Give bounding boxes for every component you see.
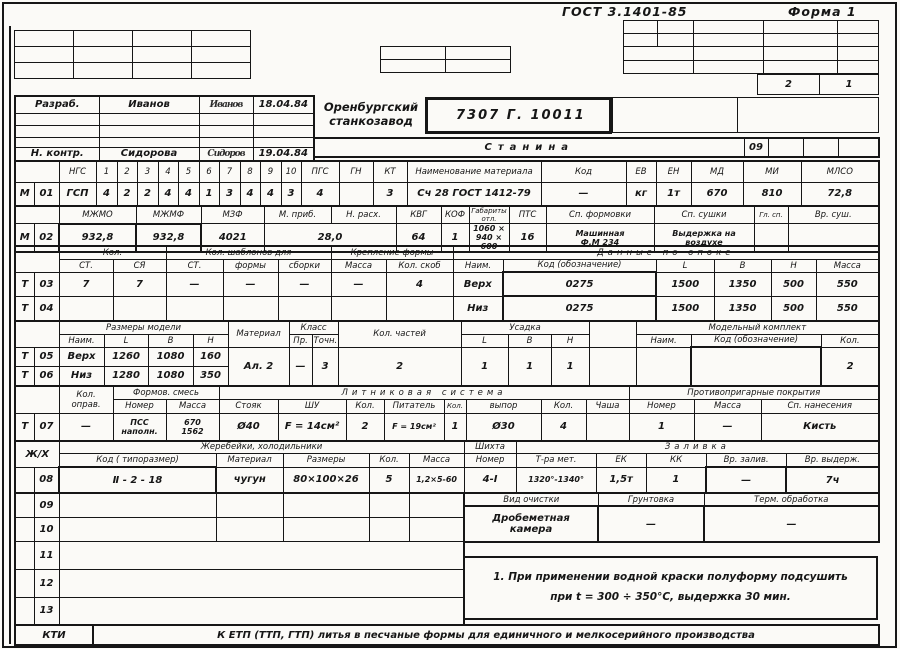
empty-cell [15,321,59,347]
header-digit: 1 [96,161,117,182]
empty-cell [15,161,59,182]
norm-control-name: Сидорова [99,147,199,161]
empty-cell [199,137,253,147]
row-label-number: 03 [34,272,59,296]
sub-naim: Наим. [453,259,503,272]
band-zh-h: Ж/Х Жеребейки, холодильники Шихта Заливк… [14,440,880,494]
value-gruntovka: — [598,506,704,542]
empty-cell [59,296,113,321]
value-digit: 4 [240,182,260,206]
header-digit: 2 [117,161,137,182]
value-cell: — [166,272,223,296]
empty-cell [15,386,59,413]
value-pitatel: F = 19см² [384,413,444,441]
sub-pokr-massa: Масса [694,399,761,413]
opoka-h: 500 [771,272,816,296]
empty-cell [74,31,133,47]
empty-cell [283,517,369,541]
sub-b: B [148,334,193,347]
empty-cell [199,125,253,137]
sub-nomer: Номер [113,399,166,413]
part-name-row: Станина 09 [313,137,880,158]
header-sp-formovki: Сп. формовки [546,206,654,224]
band-t07: Кол. оправ. Формов. смесь Литниковая сис… [14,385,880,442]
opoka-h: 500 [771,296,816,321]
header-m-prib: М. приб. [264,206,331,224]
value-cell: 7 [59,272,113,296]
model-h: 160 [193,347,228,366]
value-cell: — [223,272,278,296]
band-t05-t06: Размеры модели Материал Класс Кол. часте… [14,320,880,387]
empty-cell [409,517,464,541]
value-pokr-massa: — [694,413,761,441]
norm-control-date: 19.04.84 [253,147,314,161]
norm-control-signature: Сидоров [199,147,253,161]
sub-naim: Наим. [59,334,104,347]
header-kof: КОФ [441,206,469,224]
empty-cell [15,47,74,63]
sub-ek: ЕК [596,453,646,467]
empty-cell [59,541,464,569]
row-label-letter: Т [15,296,34,321]
sub-shu: ШУ [278,399,346,413]
footer-kti: КТИ [15,625,93,645]
group-opoka: Данные по опоке [453,246,879,259]
sub-massa: Масса [331,259,386,272]
empty-cell [74,63,133,79]
empty-cell [838,61,879,74]
sub-massa: Масса [409,453,464,467]
empty-cell [253,125,314,137]
sub-h: Н [771,259,816,272]
empty-cell [764,34,838,47]
header-vr-sush: Вр. суш. [788,206,879,224]
header-sp-sushki: Сп. сушки [654,206,754,224]
norm-control-role-label: Н. контр. [15,147,99,161]
value-chasha [586,413,629,441]
empty-cell [381,47,446,60]
group-zalivka: Заливка [516,441,879,453]
band-rows-09-13: 09 10 11 12 13 [14,492,465,626]
empty-cell [192,63,251,79]
value-pr: — [289,347,312,386]
developer-name: Иванов [99,96,199,113]
value-gn [339,182,373,206]
header-digit: 4 [158,161,178,182]
row-label-number: 05 [34,347,59,366]
sub-sp-naneseniya: Сп. нанесения [761,399,879,413]
empty-cell [624,61,694,74]
sub-razmery: Размеры [283,453,369,467]
value-cell: 4 [386,272,453,296]
sub-mk-kol: Кол. [821,334,879,347]
empty-cell [253,113,314,125]
sub-massa2: Масса [816,259,879,272]
empty-cell [589,321,636,347]
group-litnikovaya: Литниковая система [219,386,629,399]
sub-vr-zaliv: Вр. залив. [706,453,786,467]
value-digit: 3 [219,182,240,206]
row-label-number: 06 [34,366,59,386]
empty-cell [768,138,803,157]
model-b: 1080 [148,347,193,366]
opoka-naim: Низ [453,296,503,321]
value-digit: 3 [281,182,301,206]
header-mlso: МЛСО [801,161,879,182]
value-shihta-nomer: 4-I [464,467,516,493]
opoka-naim: Верх [453,272,503,296]
header-digit: 6 [199,161,219,182]
empty-cell [59,493,216,517]
value-vr-zaliv: — [706,467,786,493]
top-left-grid [14,30,251,79]
row-label-zh-h: Ж/Х [15,441,59,467]
empty-cell [192,31,251,47]
footer-description: К ЕТП (ТТП, ГТП) литья в песчаные формы … [93,625,879,645]
empty-cell [166,296,223,321]
row-label-letter: Т [15,413,34,441]
value-term-obrabotka: — [704,506,879,542]
empty-cell [838,21,879,34]
value-digit: 2 [137,182,158,206]
doc-number-side-cells [612,97,879,133]
sub-vypor: выпор [466,399,541,413]
row-label-letter: М [15,182,34,206]
empty-cell [15,597,34,625]
sub-b: B [714,259,771,272]
value-material: Ал. 2 [228,347,289,386]
empty-cell [409,493,464,517]
empty-cell [133,47,192,63]
row-label-number: 09 [34,493,59,517]
sub-kod-tiporazmer: Код ( типоразмер) [59,453,216,467]
sheet-counter: 2 1 [757,74,879,95]
value-kol3: 4 [541,413,586,441]
footer-row: КТИ К ЕТП (ТТП, ГТП) литья в песчаные фо… [14,624,880,646]
group-klass: Класс [289,321,338,334]
empty-cell [658,34,694,47]
mk-kol: 2 [821,347,879,386]
group-kol: Кол. [59,246,166,259]
group-razmery-modeli: Размеры модели [59,321,228,334]
top-right-grid [623,20,879,74]
empty-cell [624,47,694,61]
sub-massa: Масса [166,399,219,413]
value-smes-nomer: ПСС наполн. [113,413,166,441]
value-cell: — [278,272,331,296]
empty-cell [624,21,658,34]
value-digit: 2 [117,182,137,206]
sub-kol: Кол. [369,453,409,467]
empty-cell [369,517,409,541]
empty-cell [658,21,694,34]
usadka-h: 1 [551,347,589,386]
empty-cell [15,125,99,137]
value-en: 1т [656,182,691,206]
doc-number: 7307 Г. 10011 [425,97,612,134]
header-md: МД [691,161,743,182]
group-zherebeyki: Жеребейки, холодильники [59,441,464,453]
header-mzhmf: МЖМФ [136,206,201,224]
empty-cell [216,493,283,517]
empty-cell [624,34,658,47]
empty-cell [386,296,453,321]
empty-cell [694,61,764,74]
value-kol1: 2 [346,413,384,441]
empty-cell [59,569,464,597]
sub-kol1: Кол. [346,399,384,413]
mk-naim [636,347,691,386]
opoka-massa: 550 [816,296,879,321]
value-digit: 4 [96,182,117,206]
empty-cell [15,467,34,493]
empty-cell [764,21,838,34]
signature-scribble: Сидоров [207,149,244,159]
empty-cell [694,21,764,34]
empty-cell [15,541,34,569]
empty-cell [15,246,59,272]
empty-cell [838,34,879,47]
value-kt: 3 [373,182,407,206]
model-h: 350 [193,366,228,386]
value-ev: кг [626,182,656,206]
sub-kol2: Кол. [444,399,466,413]
row-label-number: 10 [34,517,59,541]
value-sp-naneseniya: Кисть [761,413,879,441]
header-kt: КТ [373,161,407,182]
model-naim: Верх [59,347,104,366]
header-digit: 10 [281,161,301,182]
header-material: Наименование материала [407,161,541,182]
value-mi: 810 [743,182,801,206]
group-kol-oprav: Кол. оправ. [59,386,113,413]
sub-pr: Пр. [289,334,312,347]
empty-cell [803,138,838,157]
note-box: 1. При применении водной краски полуформ… [463,556,878,620]
developer-signature: Иванов [199,96,253,113]
value-stoyak: Ø40 [219,413,278,441]
sub-formy: формы [223,259,278,272]
empty-cell [694,34,764,47]
sub-us-h: Н [551,334,589,347]
sub-sya: СЯ [113,259,166,272]
group-pokrytiya: Противопригарные покрытия [629,386,879,399]
empty-cell [113,296,166,321]
header-kvg: КВГ [396,206,441,224]
empty-cell [15,113,99,125]
part-name: Станина [314,138,744,157]
empty-cell [199,113,253,125]
value-digit: 1 [199,182,219,206]
value-mlso: 72,8 [801,182,879,206]
empty-cell [99,125,199,137]
header-pts: ПТС [509,206,546,224]
sub-chasha: Чаша [586,399,629,413]
usadka-l: 1 [461,347,508,386]
header-ngs: НГС [59,161,96,182]
header-vid-ochistki: Вид очистки [464,493,598,506]
sub-us-b: B [508,334,551,347]
empty-cell [446,47,511,60]
group-modelny-komplekt: Модельный комплект [636,321,879,334]
value-tochn: 3 [312,347,338,386]
value-md: 670 [691,182,743,206]
header-term-obrabotka: Терм. обработка [704,493,879,506]
empty-cell [74,47,133,63]
header-digit: 8 [240,161,260,182]
group-shihta: Шихта [464,441,516,453]
empty-cell [613,98,738,133]
sub-kod-oboznachenie: Код (обозначение) [503,259,656,272]
header-digit: 7 [219,161,240,182]
model-naim: Низ [59,366,104,386]
signature-block: Разраб. Иванов Иванов 18.04.84 Н. контр.… [14,95,315,162]
row-label-number: 07 [34,413,59,441]
value-cell: — [331,272,386,296]
empty-cell [59,517,216,541]
row-label-number: 11 [34,541,59,569]
value-pgs: 4 [301,182,339,206]
sub-nomer: Номер [464,453,516,467]
empty-cell [133,31,192,47]
band-m01: НГС 1 2 3 4 5 6 7 8 9 10 ПГС ГН КТ Наиме… [14,160,880,207]
group-formov-smes: Формов. смесь [113,386,219,399]
empty-cell [738,98,879,133]
empty-cell [589,347,636,386]
row-label-number: 13 [34,597,59,625]
row-label-letter: Т [15,366,34,386]
row-label-letter: Т [15,272,34,296]
opoka-l: 1500 [656,272,714,296]
header-gabarity: Габариты отл. [469,206,509,224]
value-kod: — [541,182,626,206]
cleanup-table: Вид очистки Грунтовка Терм. обработка Др… [463,492,880,543]
sub-l: L [656,259,714,272]
sub-t-ra-met: Т-ра мет. [516,453,596,467]
empty-cell [15,31,74,47]
value-t-ra-met: 1320°-1340° [516,467,596,493]
header-n-rash: Н. расх. [331,206,396,224]
empty-cell [253,137,314,147]
sub-kol-skob: Кол. скоб [386,259,453,272]
value-kol-oprav: — [59,413,113,441]
group-shablony: Кол. шаблонов для [166,246,331,259]
empty-cell [133,63,192,79]
empty-cell [331,296,386,321]
group-material: Материал [228,321,289,347]
value-digit: 4 [158,182,178,206]
empty-cell [15,63,74,79]
row-label-number: 12 [34,569,59,597]
value-kol: 5 [369,467,409,493]
empty-cell [278,296,331,321]
row-label-letter: Т [15,347,34,366]
header-pgs: ПГС [301,161,339,182]
developer-date: 18.04.84 [253,96,314,113]
usadka-b: 1 [508,347,551,386]
opoka-l: 1500 [656,296,714,321]
sub-h: Н [193,334,228,347]
empty-cell [192,47,251,63]
empty-cell [838,47,879,61]
gost-form-sheet: ГОСТ 3.1401-85 Форма 1 2 1 Разраб. Ивано… [0,0,900,649]
group-usadka: Усадка [461,321,589,334]
value-vid-ochistki: Дробеметная камера [464,506,598,542]
empty-cell [216,517,283,541]
header-mzhmo: МЖМО [59,206,136,224]
header-gl-sp: Гл. сп. [754,206,788,224]
header-en: ЕН [656,161,691,182]
sub-sborki: сборки [278,259,331,272]
header-mzf: МЗФ [201,206,264,224]
sub-pitatel: Питатель [384,399,444,413]
group-kol-chastey: Кол. частей [338,321,461,347]
mk-kod [691,347,821,386]
model-l: 1280 [104,366,148,386]
header-gn: ГН [339,161,373,182]
empty-cell [99,113,199,125]
value-massa: 1,2×5-60 [409,467,464,493]
sub-tochn: Точн. [312,334,338,347]
empty-cell [99,137,199,147]
sub-vr-vyderzh: Вр. выдерж. [786,453,879,467]
model-l: 1260 [104,347,148,366]
sub-pokr-nomer: Номер [629,399,694,413]
value-kol2: 1 [444,413,466,441]
value-kod-tiporazmer: Ⅱ - 2 - 18 [59,467,216,493]
empty-cell [15,206,59,224]
value-smes-massa: 670 1562 [166,413,219,441]
row-label-number: 01 [34,182,59,206]
empty-cell [223,296,278,321]
forma-label: Форма 1 [788,4,857,19]
model-b: 1080 [148,366,193,386]
header-mi: МИ [743,161,801,182]
sub-stoyak: Стояк [219,399,278,413]
header-ev: ЕВ [626,161,656,182]
value-material: Сч 28 ГОСТ 1412-79 [407,182,541,206]
band-t03-t04: Кол. Кол. шаблонов для Крепление формы Д… [14,245,880,322]
empty-cell [764,47,838,61]
empty-cell [15,517,34,541]
value-vypor: Ø30 [466,413,541,441]
empty-cell [369,493,409,517]
sub-l: L [104,334,148,347]
value-ngs: ГСП [59,182,96,206]
empty-cell [15,569,34,597]
sub-st2: СТ. [166,259,223,272]
sheet-number-cell: 1 [820,75,879,95]
opoka-massa: 550 [816,272,879,296]
signature-scribble: Иванов [210,100,243,110]
empty-cell [381,60,446,73]
row-label-number: 04 [34,296,59,321]
empty-cell [838,138,879,157]
empty-cell [694,47,764,61]
sub-us-l: L [461,334,508,347]
sub-kk: КК [646,453,706,467]
sub-mk-naim: Наим. [636,334,691,347]
gost-standard-label: ГОСТ 3.1401-85 [562,4,687,19]
value-pokr-nomer: 1 [629,413,694,441]
organization-name: Оренбургский станкозавод [316,100,426,129]
group-kreplenie: Крепление формы [331,246,453,259]
value-digit: 4 [260,182,281,206]
okp-code: 09 [744,138,768,157]
empty-cell [59,597,464,625]
empty-cell [764,61,838,74]
header-digit: 9 [260,161,281,182]
